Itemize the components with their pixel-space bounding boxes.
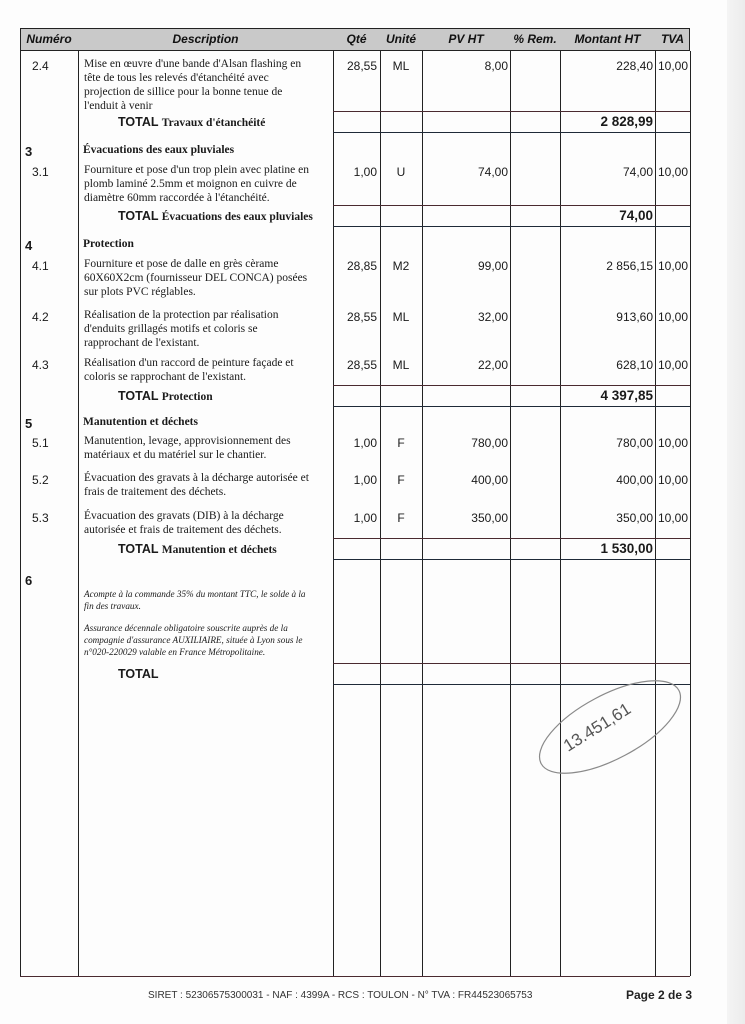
header-description: Description [78, 28, 333, 51]
description-line: 60X60X2cm (fournisseur DEL CONCA) posées [84, 271, 332, 285]
header-montant-ht: Montant HT [560, 28, 655, 51]
item-qty: 1,00 [333, 165, 377, 179]
description-line: Réalisation d'un raccord de peinture faç… [84, 356, 332, 370]
row-divider [333, 111, 690, 112]
item-unit: ML [380, 310, 422, 324]
item-number: 4.3 [32, 358, 49, 372]
item-description: Réalisation de la protection par réalisa… [84, 308, 332, 350]
item-tva: 10,00 [655, 259, 688, 273]
item-description: Fourniture et pose d'un trop plein avec … [84, 163, 332, 205]
total-word: TOTAL [118, 115, 158, 129]
item-description: Évacuation des gravats à la décharge aut… [84, 471, 332, 499]
row-divider [333, 406, 690, 407]
item-tva: 10,00 [655, 473, 688, 487]
description-line: frais de traitement des déchets. [84, 485, 332, 499]
column-divider [20, 51, 21, 976]
total-section-name: Manutention et déchets [162, 544, 277, 556]
description-line: autorisée et frais de traitement des déc… [84, 523, 332, 537]
column-divider [690, 51, 691, 976]
section-title: Évacuations des eaux pluviales [83, 143, 234, 157]
item-pv-ht: 350,00 [422, 511, 508, 525]
total-word: TOTAL [118, 542, 158, 556]
item-number: 5.1 [32, 436, 49, 450]
row-divider [333, 663, 690, 664]
header-pv-ht: PV HT [422, 28, 510, 51]
description-line: plomb laminé 2.5mm et moignon en cuivre … [84, 177, 332, 191]
section-number: 4 [25, 239, 32, 253]
description-line: d'enduits grillagés motifs et coloris se [84, 322, 332, 336]
row-divider [333, 385, 690, 386]
section-total-value: 74,00 [560, 209, 653, 223]
section-total-value: 4 397,85 [560, 389, 653, 403]
row-divider [333, 132, 690, 133]
item-description: Manutention, levage, approvisionnement d… [84, 434, 332, 462]
item-unit: F [380, 511, 422, 525]
section-title: Protection [83, 237, 134, 251]
item-unit: ML [380, 358, 422, 372]
header-numero: Numéro [20, 28, 78, 51]
condition-note: Acompte à la commande 35% du montant TTC… [84, 588, 334, 612]
item-tva: 10,00 [655, 436, 688, 450]
row-divider [333, 559, 690, 560]
item-tva: 10,00 [655, 511, 688, 525]
item-tva: 10,00 [655, 310, 688, 324]
note-line: fin des travaux. [84, 600, 334, 612]
item-description: Réalisation d'un raccord de peinture faç… [84, 356, 332, 384]
item-qty: 1,00 [333, 473, 377, 487]
section-title: Manutention et déchets [83, 415, 198, 429]
section-total-value: 2 828,99 [560, 115, 653, 129]
item-pv-ht: 99,00 [422, 259, 508, 273]
row-divider [333, 205, 690, 206]
section-total-label: TOTAL Évacuations des eaux pluviales [118, 209, 313, 224]
item-qty: 1,00 [333, 511, 377, 525]
item-qty: 28,85 [333, 259, 377, 273]
description-line: Mise en œuvre d'une bande d'Alsan flashi… [84, 57, 332, 71]
item-tva: 10,00 [655, 358, 688, 372]
item-montant-ht: 913,60 [560, 310, 653, 324]
item-pv-ht: 32,00 [422, 310, 508, 324]
item-tva: 10,00 [655, 165, 688, 179]
header-unite: Unité [380, 28, 422, 51]
item-tva: 10,00 [655, 59, 688, 73]
column-divider [78, 51, 79, 976]
section-total-label: TOTAL [118, 667, 159, 682]
section-number: 6 [25, 574, 32, 588]
item-description: Évacuation des gravats (DIB) à la déchar… [84, 509, 332, 537]
description-line: diamètre 60mm raccordée à l'étanchéité. [84, 191, 332, 205]
item-number: 3.1 [32, 165, 49, 179]
note-line: Assurance décennale obligatoire souscrit… [84, 622, 334, 634]
section-total-label: TOTAL Manutention et déchets [118, 542, 277, 557]
item-number: 5.3 [32, 511, 49, 525]
condition-note: Assurance décennale obligatoire souscrit… [84, 622, 334, 658]
total-section-name: Travaux d'étanchéité [162, 117, 266, 129]
item-unit: U [380, 165, 422, 179]
section-total-value: 1 530,00 [560, 542, 653, 556]
description-line: projection de sillice pour la bonne tenu… [84, 85, 332, 99]
row-divider [20, 976, 690, 977]
row-divider [333, 538, 690, 539]
section-total-label: TOTAL Protection [118, 389, 213, 404]
item-description: Mise en œuvre d'une bande d'Alsan flashi… [84, 57, 332, 113]
total-word: TOTAL [118, 667, 159, 681]
header-qte: Qté [333, 28, 380, 51]
page-number: Page 2 de 3 [626, 988, 692, 1002]
item-unit: M2 [380, 259, 422, 273]
description-line: l'enduit à venir [84, 99, 332, 113]
handwritten-annotation: 13.451,61 [530, 672, 690, 782]
description-line: Manutention, levage, approvisionnement d… [84, 434, 332, 448]
note-line: Acompte à la commande 35% du montant TTC… [84, 588, 334, 600]
item-number: 4.1 [32, 259, 49, 273]
item-montant-ht: 780,00 [560, 436, 653, 450]
item-qty: 28,55 [333, 358, 377, 372]
description-line: tête de tous les relevés d'étanchéité av… [84, 71, 332, 85]
row-divider [333, 226, 690, 227]
item-unit: F [380, 473, 422, 487]
note-line: n°020-220029 valable en France Métropoli… [84, 646, 334, 658]
total-section-name: Protection [162, 391, 213, 403]
total-word: TOTAL [118, 209, 158, 223]
item-montant-ht: 2 856,15 [560, 259, 653, 273]
item-pv-ht: 400,00 [422, 473, 508, 487]
header-tva: TVA [655, 28, 690, 51]
item-pv-ht: 74,00 [422, 165, 508, 179]
description-line: rapprochant de l'existant. [84, 336, 332, 350]
note-line: compagnie d'assurance AUXILIAIRE, située… [84, 634, 334, 646]
footer-company-ids: SIRET : 52306575300031 - NAF : 4399A - R… [148, 990, 532, 1001]
section-number: 5 [25, 417, 32, 431]
item-number: 2.4 [32, 59, 49, 73]
item-number: 5.2 [32, 473, 49, 487]
description-line: matériaux et du matériel sur le chantier… [84, 448, 332, 462]
description-line: Évacuation des gravats (DIB) à la déchar… [84, 509, 332, 523]
header-remise: % Rem. [510, 28, 560, 51]
item-qty: 28,55 [333, 59, 377, 73]
description-line: Évacuation des gravats à la décharge aut… [84, 471, 332, 485]
description-line: Fourniture et pose de dalle en grès cèra… [84, 257, 332, 271]
item-qty: 28,55 [333, 310, 377, 324]
item-montant-ht: 228,40 [560, 59, 653, 73]
item-pv-ht: 780,00 [422, 436, 508, 450]
total-section-name: Évacuations des eaux pluviales [162, 211, 313, 223]
total-word: TOTAL [118, 389, 158, 403]
item-number: 4.2 [32, 310, 49, 324]
item-description: Fourniture et pose de dalle en grès cèra… [84, 257, 332, 299]
section-number: 3 [25, 145, 32, 159]
scan-edge [727, 0, 745, 1024]
description-line: sur plots PVC réglables. [84, 285, 332, 299]
description-line: Fourniture et pose d'un trop plein avec … [84, 163, 332, 177]
item-pv-ht: 22,00 [422, 358, 508, 372]
item-unit: ML [380, 59, 422, 73]
item-montant-ht: 350,00 [560, 511, 653, 525]
item-montant-ht: 628,10 [560, 358, 653, 372]
item-unit: F [380, 436, 422, 450]
column-divider [510, 51, 511, 976]
item-montant-ht: 400,00 [560, 473, 653, 487]
description-line: Réalisation de la protection par réalisa… [84, 308, 332, 322]
item-qty: 1,00 [333, 436, 377, 450]
handwritten-amount: 13.451,61 [560, 699, 634, 755]
section-total-label: TOTAL Travaux d'étanchéité [118, 115, 265, 130]
description-line: coloris se rapprochant de l'existant. [84, 370, 332, 384]
item-montant-ht: 74,00 [560, 165, 653, 179]
item-pv-ht: 8,00 [422, 59, 508, 73]
